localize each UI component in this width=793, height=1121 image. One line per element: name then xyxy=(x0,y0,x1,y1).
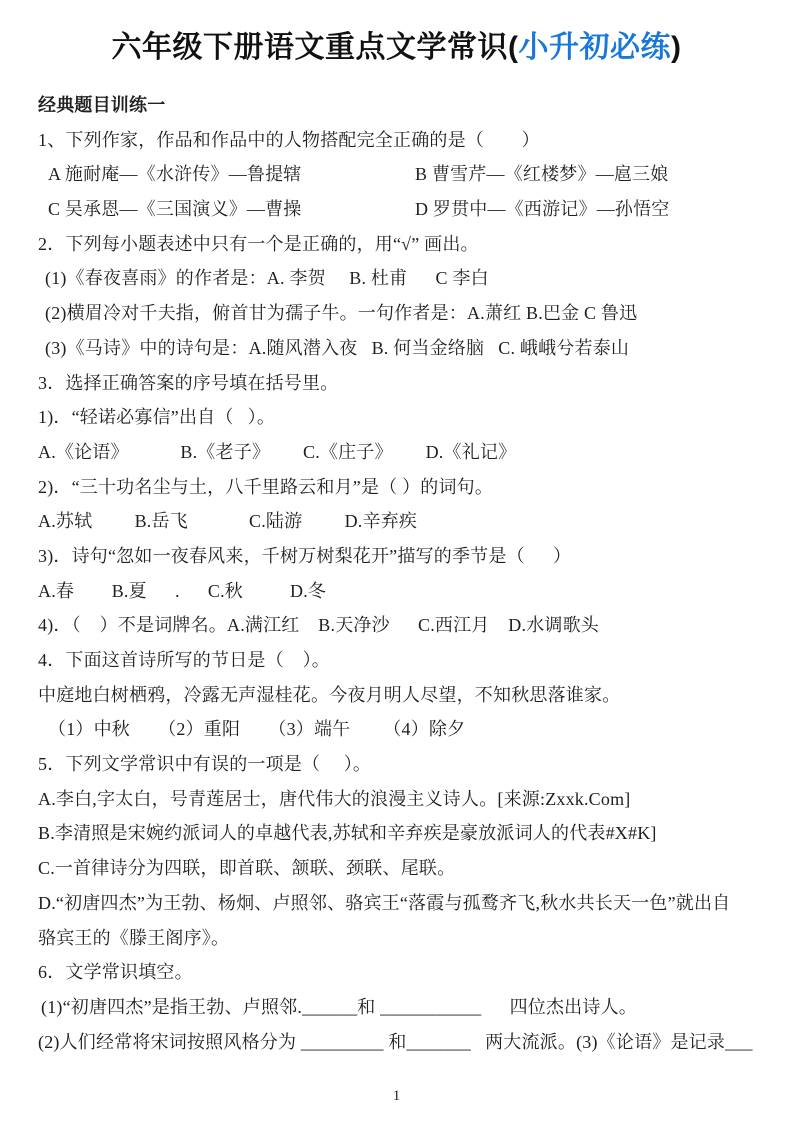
title-prefix: 六年级下册语文重点文学常识( xyxy=(112,31,519,64)
q5-stem: 5．下列文学常识中有误的一项是（ ）。 xyxy=(38,747,775,782)
q6-blank-line-1: (1)“初唐四杰”是指王勃、卢照邻.______和 ___________ 四位… xyxy=(38,990,775,1025)
q5-option-c: C.一首律诗分为四联，即首联、颔联、颈联、尾联。 xyxy=(38,851,775,886)
q1-options-row-2: C 吴承恩—《三国演义》—曹操 D 罗贯中—《西游记》—孙悟空 xyxy=(38,192,775,227)
q3-sub4: 4)．（ ）不是词牌名。A.满江红 B.天净沙 C.西江月 D.水调歌头 xyxy=(38,608,775,643)
q4-options: （1）中秋 （2）重阳 （3）端午 （4）除夕 xyxy=(38,712,775,747)
q2-stem: 2．下列每小题表述中只有一个是正确的，用“√” 画出。 xyxy=(38,227,775,262)
q2-sub3: (3)《马诗》中的诗句是：A.随风潜入夜 B. 何当金络脑 C. 峨峨兮若泰山 xyxy=(38,331,775,366)
q4-poem: 中庭地白树栖鸦，冷露无声湿桂花。今夜月明人尽望，不知秋思落谁家。 xyxy=(38,678,775,713)
q3-sub3-options: A.春 B.夏 . C.秋 D.冬 xyxy=(38,574,775,609)
q3-sub2-stem: 2)．“三十功名尘与土，八千里路云和月”是（ ）的词句。 xyxy=(38,470,775,505)
title-suffix: ) xyxy=(671,31,682,64)
q3-sub1-stem: 1)．“轻诺必寡信”出自（ ）。 xyxy=(38,400,775,435)
q6-blank-line-2: (2)人们经常将宋词按照风格分为 _________ 和_______ 两大流派… xyxy=(38,1025,775,1060)
q5-option-b: B.李清照是宋婉约派词人的卓越代表,苏轼和辛弃疾是豪放派词人的代表#X#K] xyxy=(38,816,775,851)
q3-sub3-stem: 3)．诗句“忽如一夜春风来，千树万树梨花开”描写的季节是（ ） xyxy=(38,539,775,574)
q4-stem: 4．下面这首诗所写的节日是（ ）。 xyxy=(38,643,775,678)
q1-option-d: D 罗贯中—《西游记》—孙悟空 xyxy=(415,192,670,227)
q5-option-d-cont: 骆宾王的《滕王阁序》。 xyxy=(38,921,775,956)
worksheet-page: 六年级下册语文重点文学常识(小升初必练) 经典题目训练一 1、下列作家，作品和作… xyxy=(0,0,793,1121)
q2-sub1: (1)《春夜喜雨》的作者是：A. 李贺 B. 杜甫 C 李白 xyxy=(38,261,775,296)
q1-option-c: C 吴承恩—《三国演义》—曹操 xyxy=(48,192,415,227)
q3-sub2-options: A.苏轼 B.岳飞 C.陆游 D.辛弃疾 xyxy=(38,504,775,539)
q6-stem: 6．文学常识填空。 xyxy=(38,955,775,990)
q1-stem: 1、下列作家，作品和作品中的人物搭配完全正确的是（ ） xyxy=(38,123,775,158)
title-highlight: 小升初必练 xyxy=(519,31,672,64)
q2-sub2: (2)横眉冷对千夫指，俯首甘为孺子牛。一句作者是：A.萧红 B.巴金 C 鲁迅 xyxy=(38,296,775,331)
page-title: 六年级下册语文重点文学常识(小升初必练) xyxy=(0,0,793,66)
q5-option-d: D.“初唐四杰”为王勃、杨炯、卢照邻、骆宾王“落霞与孤鹜齐飞,秋水共长天一色”就… xyxy=(38,886,775,921)
q1-option-a: A 施耐庵—《水浒传》—鲁提辖 xyxy=(48,157,415,192)
worksheet-body: 经典题目训练一 1、下列作家，作品和作品中的人物搭配完全正确的是（ ） A 施耐… xyxy=(38,88,775,1059)
q3-stem: 3．选择正确答案的序号填在括号里。 xyxy=(38,366,775,401)
page-number: 1 xyxy=(0,1088,793,1105)
q1-option-b: B 曹雪芹—《红楼梦》—扈三娘 xyxy=(415,157,669,192)
section-heading: 经典题目训练一 xyxy=(38,88,775,123)
q3-sub1-options: A.《论语》 B.《老子》 C.《庄子》 D.《礼记》 xyxy=(38,435,775,470)
q1-options-row-1: A 施耐庵—《水浒传》—鲁提辖 B 曹雪芹—《红楼梦》—扈三娘 xyxy=(38,157,775,192)
q5-option-a: A.李白,字太白，号青莲居士，唐代伟大的浪漫主义诗人。[来源:Zxxk.Com] xyxy=(38,782,775,817)
